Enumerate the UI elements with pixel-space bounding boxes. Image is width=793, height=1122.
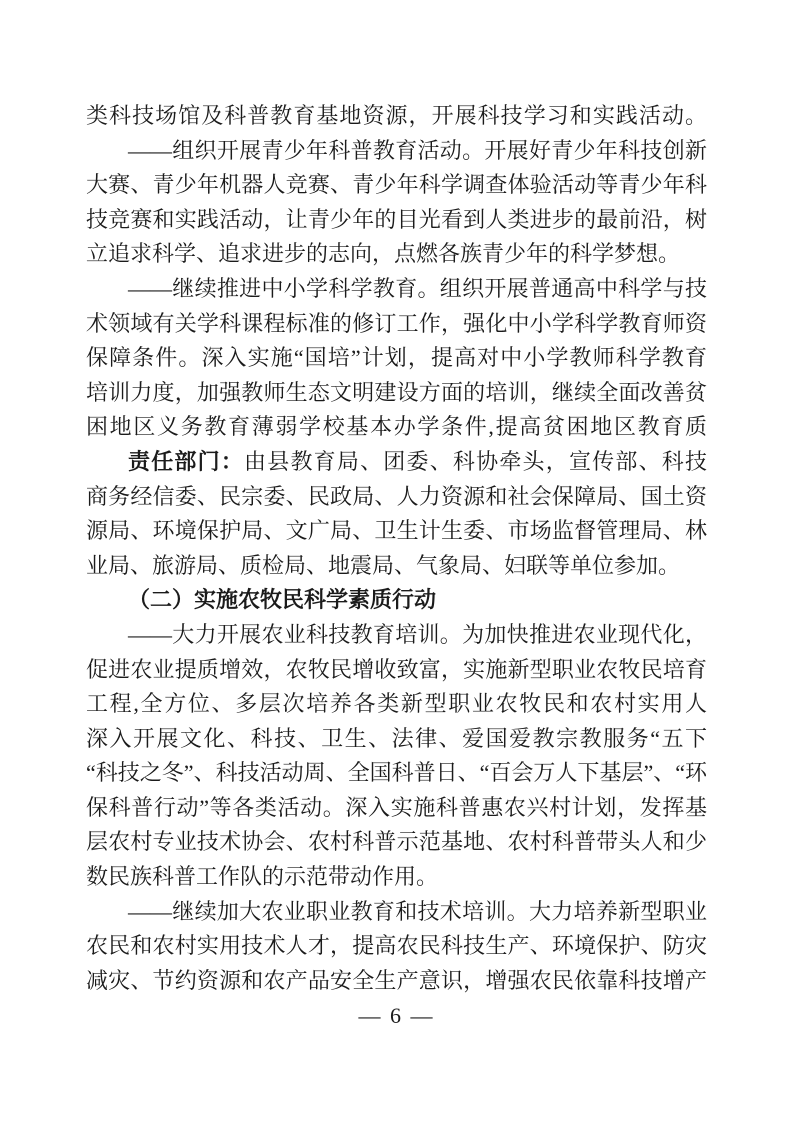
text-line: ——组织开展青少年科普教育活动。开展好青少年科技创新 [86, 134, 707, 169]
text-line: ——继续推进中小学科学教育。组织开展普通高中科学与技 [86, 272, 707, 307]
section-heading: （二）实施农牧民科学素质行动 [86, 583, 707, 618]
text-line: 减灾、节约资源和农产品安全生产意识，增强农民依靠科技增产 [86, 964, 707, 999]
text-line: 类科技场馆及科普教育基地资源，开展科技学习和实践活动。 [86, 99, 707, 134]
document-body: 类科技场馆及科普教育基地资源，开展科技学习和实践活动。 ——组织开展青少年科普教… [86, 99, 707, 998]
text-line: 深入开展文化、科技、卫生、法律、爱国爱教宗教服务“五下乡”、 [86, 722, 707, 757]
text-line: 保障条件。深入实施“国培”计划，提高对中小学教师科学教育 [86, 341, 707, 376]
text-line: “科技之冬”、科技活动周、全国科普日、“百会万人下基层”、“环 [86, 756, 707, 791]
page-footer: — 6 — [0, 1000, 793, 1032]
text-line: 层农村专业技术协会、农村科普示范基地、农村科普带头人和少 [86, 825, 707, 860]
text-line: 工程,全方位、多层次培养各类新型职业农牧民和农村实用人才。 [86, 687, 707, 722]
text-line: ——继续加大农业职业教育和技术培训。大力培养新型职业 [86, 895, 707, 930]
text-line: 保科普行动”等各类活动。深入实施科普惠农兴村计划，发挥基 [86, 791, 707, 826]
text-line: 商务经信委、民宗委、民政局、人力资源和社会保障局、国土资 [86, 480, 707, 515]
text-line: 大赛、青少年机器人竞赛、青少年科学调查体验活动等青少年科 [86, 168, 707, 203]
document-page: 类科技场馆及科普教育基地资源，开展科技学习和实践活动。 ——组织开展青少年科普教… [0, 0, 793, 1122]
text-line: 困地区义务教育薄弱学校基本办学条件,提高贫困地区教育质量。 [86, 410, 707, 445]
text-line: 业局、旅游局、质检局、地震局、气象局、妇联等单位参加。 [86, 549, 707, 584]
text-line: 技竞赛和实践活动，让青少年的目光看到人类进步的最前沿，树 [86, 203, 707, 238]
responsible-depts-line: 责任部门：由县教育局、团委、科协牵头，宣传部、科技局、 [86, 445, 707, 480]
text-line: 数民族科普工作队的示范带动作用。 [86, 860, 707, 895]
text-line: 立追求科学、追求进步的志向，点燃各族青少年的科学梦想。 [86, 237, 707, 272]
text-line: 术领域有关学科课程标准的修订工作，强化中小学科学教育师资 [86, 307, 707, 342]
text-line: 农民和农村实用技术人才，提高农民科技生产、环境保护、防灾 [86, 929, 707, 964]
responsible-depts-label: 责任部门： [128, 449, 244, 474]
text-line: 源局、环境保护局、文广局、卫生计生委、市场监督管理局、林 [86, 514, 707, 549]
text-line: ——大力开展农业科技教育培训。为加快推进农业现代化， [86, 618, 707, 653]
page-number: — 6 — [359, 1003, 435, 1028]
text-line: 培训力度，加强教师生态文明建设方面的培训，继续全面改善贫 [86, 376, 707, 411]
text-line: 促进农业提质增效，农牧民增收致富，实施新型职业农牧民培育 [86, 653, 707, 688]
